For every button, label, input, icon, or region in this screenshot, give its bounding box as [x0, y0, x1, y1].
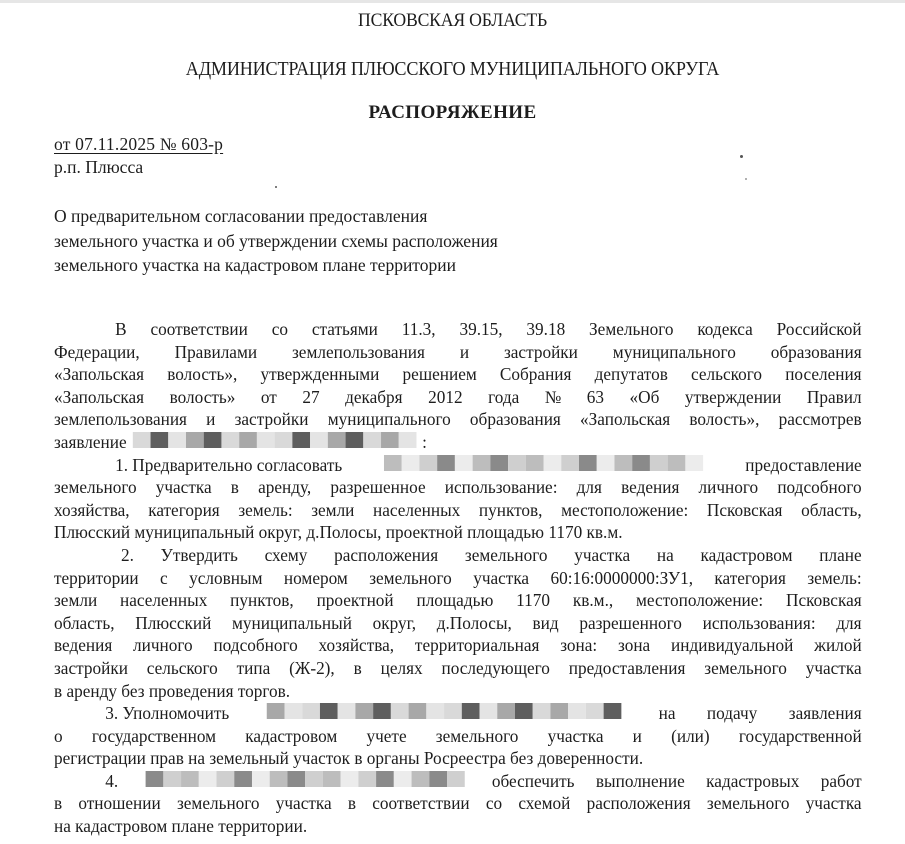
- word: со: [486, 792, 502, 815]
- word: решением: [403, 363, 477, 386]
- word: Российской: [777, 318, 862, 341]
- word: область,: [801, 499, 862, 522]
- redaction-pixel: [603, 703, 621, 719]
- word: участка: [156, 476, 212, 499]
- redaction-pixel: [394, 771, 412, 787]
- redaction-pixel: [411, 771, 429, 787]
- word: отношении: [78, 792, 160, 815]
- word: 2.: [121, 544, 134, 567]
- word: «Запольская: [54, 363, 144, 386]
- redaction-pixel: [562, 455, 580, 471]
- word: предоставления: [569, 657, 686, 680]
- word: рассмотрев: [779, 408, 862, 431]
- word: Псковская: [707, 499, 783, 522]
- word: и: [460, 341, 469, 364]
- preamble-colon: :: [422, 431, 427, 454]
- redaction-pixel: [150, 432, 168, 448]
- word: для: [836, 612, 861, 635]
- redaction-pixel: [497, 703, 515, 719]
- word: статьями: [312, 318, 378, 341]
- word: муниципальный: [232, 612, 352, 635]
- redaction-pixel: [579, 455, 597, 471]
- word: (или): [671, 725, 710, 748]
- redaction-pixel: [163, 771, 181, 787]
- redaction-pixel: [402, 455, 420, 471]
- word: в: [348, 792, 356, 815]
- word: Псковская: [786, 589, 862, 612]
- redaction-pixel: [340, 771, 358, 787]
- word: схему: [265, 544, 308, 567]
- item3-tail-word: подачу: [707, 702, 757, 725]
- redaction-pixel: [203, 432, 221, 448]
- word: участка: [473, 567, 529, 590]
- redaction-pixel: [384, 455, 402, 471]
- word: землепользования: [292, 341, 425, 364]
- redaction-pixel: [338, 703, 356, 719]
- word: местоположение:: [636, 589, 763, 612]
- redaction-pixel: [686, 455, 704, 471]
- word: разрешенное: [330, 476, 425, 499]
- word: «Об: [630, 386, 660, 409]
- scan-speck: [275, 186, 277, 188]
- redaction-pixel: [526, 455, 544, 471]
- word: и: [633, 725, 642, 748]
- item3-last-line: регистрации прав на земельный участок в …: [54, 747, 862, 770]
- redaction-pixel: [568, 703, 586, 719]
- word: проектной: [317, 589, 394, 612]
- word: №: [545, 386, 561, 409]
- redaction-pixel: [252, 771, 270, 787]
- word: учете: [366, 725, 406, 748]
- redaction-pixel: [550, 703, 568, 719]
- word: в: [231, 476, 239, 499]
- word: земельного: [465, 544, 548, 567]
- redaction-pixel: [358, 771, 376, 787]
- item4-lead: 4.: [105, 770, 118, 793]
- word: зона: [618, 634, 650, 657]
- scan-speck: [740, 155, 743, 158]
- word: личного: [699, 476, 759, 499]
- word: хозяйства,: [319, 634, 395, 657]
- word: территории: [54, 567, 139, 590]
- item1-lead: 1. Предварительно согласовать: [115, 454, 342, 477]
- word: кодекса: [697, 318, 753, 341]
- redaction-pixel: [632, 455, 650, 471]
- item1-line: земельногоучасткаваренду,разрешенноеиспо…: [54, 476, 862, 499]
- word: 60:16:0000000:ЗУ1,: [551, 567, 694, 590]
- redaction-pixel: [491, 455, 509, 471]
- item1-line: хозяйства,категорияземель:землинаселенны…: [54, 499, 862, 522]
- word: земель:: [238, 499, 292, 522]
- word: на: [657, 544, 674, 567]
- redaction-pixel: [186, 432, 204, 448]
- redaction-pixel: [287, 771, 305, 787]
- word: хозяйства,: [54, 499, 130, 522]
- item2-last-line: в аренду без проведения торгов.: [54, 680, 862, 703]
- document-type-title: РАСПОРЯЖЕНИЕ: [0, 102, 905, 124]
- word: Земельного: [589, 318, 673, 341]
- word: условным: [189, 567, 262, 590]
- document-subject: О предварительном согласовании предостав…: [54, 204, 498, 278]
- word: номером: [284, 567, 348, 590]
- word: кв.м.,: [573, 589, 613, 612]
- item2-line: землинаселенныхпунктов,проектнойплощадью…: [54, 589, 862, 612]
- preamble-line: землепользованияизастройкимуниципального…: [54, 408, 862, 431]
- word: с: [160, 567, 168, 590]
- word: 39.15,: [459, 318, 502, 341]
- word: разрешенного: [579, 612, 682, 635]
- word: индивидуальной: [671, 634, 793, 657]
- word: и: [206, 408, 215, 431]
- word: декабря: [345, 386, 403, 409]
- document-page: ПСКОВСКАЯ ОБЛАСТЬ АДМИНИСТРАЦИЯ ПЛЮССКОГ…: [0, 0, 905, 844]
- redaction-pixel: [444, 703, 462, 719]
- redaction-pixel: [508, 455, 526, 471]
- word: земли: [311, 499, 354, 522]
- word: в: [354, 657, 362, 680]
- redaction-pixel: [355, 703, 373, 719]
- redaction-pixel: [270, 771, 288, 787]
- redaction-pixel: [376, 771, 394, 787]
- word: застройки: [504, 341, 578, 364]
- word: использование:: [445, 476, 558, 499]
- redaction-pixel: [145, 771, 163, 787]
- word: участка: [806, 657, 862, 680]
- word: зона:: [560, 634, 597, 657]
- redaction-pixel: [473, 455, 491, 471]
- word: пунктов,: [479, 499, 543, 522]
- word: государственном: [92, 725, 216, 748]
- redaction-pixel: [216, 771, 234, 787]
- word: 27: [302, 386, 319, 409]
- word: кадастровом: [700, 544, 792, 567]
- word: ведения: [54, 634, 112, 657]
- word: местоположение:: [561, 499, 688, 522]
- word: муниципального: [328, 408, 451, 431]
- word: соответствии: [372, 792, 469, 815]
- word: земельного: [54, 476, 137, 499]
- word: вид: [533, 612, 559, 635]
- item4-tail-word: кадастровых: [706, 770, 799, 793]
- item4-first-line: 4. обеспечить выполнение кадастровых раб…: [54, 770, 862, 793]
- word: земельного: [177, 792, 260, 815]
- word: расположения: [334, 544, 438, 567]
- item4-tail-word: работ: [821, 770, 862, 793]
- item4-line: вотношенииземельногоучасткавсоответствии…: [54, 792, 862, 815]
- word: застройки: [54, 657, 128, 680]
- word: (Ж-2),: [289, 657, 335, 680]
- word: территориальная: [415, 634, 539, 657]
- item2-line: область,Плюсскиймуниципальныйокруг,д.Пол…: [54, 612, 862, 635]
- item2-first-line: 2.Утвердитьсхемурасположенияземельногоуч…: [54, 544, 862, 567]
- redacted-authorized-person: [267, 702, 622, 720]
- word: года: [488, 386, 519, 409]
- subject-line: О предварительном согласовании предостав…: [54, 204, 498, 229]
- item4-tail-word: выполнение: [596, 770, 685, 793]
- redaction-pixel: [586, 703, 604, 719]
- word: 39.18: [526, 318, 565, 341]
- item3-lead: 3. Уполномочить: [105, 702, 229, 725]
- word: категория: [148, 499, 220, 522]
- word: целях: [381, 657, 423, 680]
- word: земельного: [369, 567, 452, 590]
- redaction-pixel: [234, 771, 252, 787]
- item2-line: территориисусловнымномеромземельногоучас…: [54, 567, 862, 590]
- word: образования: [470, 408, 561, 431]
- word: земельного: [704, 657, 787, 680]
- subject-line: земельного участка на кадастровом плане …: [54, 253, 498, 278]
- redaction-pixel: [363, 432, 381, 448]
- redaction-pixel: [323, 771, 341, 787]
- redaction-pixel: [292, 432, 310, 448]
- word: муниципального: [613, 341, 736, 364]
- redaction-pixel: [462, 703, 480, 719]
- word: площадью: [416, 589, 493, 612]
- word: участка: [806, 792, 862, 815]
- word: со: [272, 318, 288, 341]
- redaction-pixel: [391, 703, 409, 719]
- scan-speck: [745, 178, 747, 180]
- word: аренду,: [258, 476, 311, 499]
- item3-first-line: 3. Уполномочить на подачу заявления: [54, 702, 862, 725]
- word: участка: [548, 725, 604, 748]
- item1-tail: предоставление: [745, 454, 861, 477]
- item4-last-line: на кадастровом плане территории.: [54, 815, 862, 838]
- word: 2012: [428, 386, 462, 409]
- redaction-pixel: [399, 432, 417, 448]
- word: Плюсский: [135, 612, 211, 635]
- redaction-pixel: [328, 432, 346, 448]
- word: личного: [133, 634, 193, 657]
- redaction-pixel: [420, 455, 438, 471]
- word: В: [115, 318, 127, 341]
- redaction-pixel: [373, 703, 391, 719]
- word: плане: [819, 544, 861, 567]
- redaction-pixel: [133, 432, 151, 448]
- word: 63: [587, 386, 604, 409]
- place-of-issue: р.п. Плюсса: [54, 157, 143, 178]
- word: сельского: [147, 657, 218, 680]
- redaction-pixel: [533, 703, 551, 719]
- preamble-statement-word: заявление: [54, 431, 127, 454]
- word: область,: [54, 612, 115, 635]
- item3-tail-word: на: [659, 702, 676, 725]
- item1-first-line: 1. Предварительно согласовать предоставл…: [54, 454, 862, 477]
- word: «Запольская: [54, 386, 144, 409]
- redacted-applicant-name: [133, 431, 417, 449]
- redaction-pixel: [305, 771, 323, 787]
- redaction-pixel: [408, 703, 426, 719]
- word: Правилами: [175, 341, 257, 364]
- word: депутатов: [595, 363, 668, 386]
- redaction-pixel: [544, 455, 562, 471]
- word: использования:: [703, 612, 816, 635]
- word: «Запольская: [580, 408, 670, 431]
- redaction-pixel: [668, 455, 686, 471]
- word: в: [54, 792, 62, 815]
- redaction-pixel: [479, 703, 497, 719]
- redaction-pixel: [274, 432, 292, 448]
- word: образования: [771, 341, 862, 364]
- region-heading: ПСКОВСКАЯ ОБЛАСТЬ: [32, 10, 874, 32]
- redaction-pixel: [199, 771, 217, 787]
- word: государственной: [739, 725, 862, 748]
- word: ведения: [621, 476, 679, 499]
- word: пунктов,: [230, 589, 294, 612]
- item1-last-line: Плюсский муниципальный округ, д.Полосы, …: [54, 521, 862, 544]
- word: округ,: [373, 612, 416, 635]
- word: волость»,: [689, 408, 759, 431]
- word: жилой: [814, 634, 862, 657]
- redaction-pixel: [515, 703, 533, 719]
- date-and-number: от 07.11.2025 № 603-р: [54, 134, 223, 155]
- word: волость»,: [167, 363, 237, 386]
- redaction-pixel: [239, 432, 257, 448]
- preamble-line-applicant: заявление :: [54, 431, 862, 454]
- word: участка: [276, 792, 332, 815]
- word: Правил: [807, 386, 862, 409]
- word: схемой: [518, 792, 570, 815]
- redaction-pixel: [426, 703, 444, 719]
- redaction-pixel: [381, 432, 399, 448]
- word: 1170: [516, 589, 550, 612]
- redaction-pixel: [615, 455, 633, 471]
- item3-line: огосударственномкадастровомучетеземельно…: [54, 725, 862, 748]
- redaction-pixel: [437, 455, 455, 471]
- redaction-pixel: [447, 771, 465, 787]
- preamble-line: Всоответствиисостатьями11.3,39.15,39.18З…: [54, 318, 862, 341]
- word: участка: [574, 544, 630, 567]
- redaction-pixel: [345, 432, 363, 448]
- word: Собрания: [500, 363, 572, 386]
- word: подсобного: [777, 476, 861, 499]
- word: кадастровом: [245, 725, 337, 748]
- word: застройки: [235, 408, 309, 431]
- item4-tail-word: обеспечить: [492, 770, 575, 793]
- word: волость»: [170, 386, 236, 409]
- word: соответствии: [150, 318, 247, 341]
- word: населенных: [373, 499, 460, 522]
- word: категория: [714, 567, 786, 590]
- redacted-responsible-person: [145, 770, 464, 788]
- redaction-pixel: [597, 455, 615, 471]
- word: земельного: [707, 792, 790, 815]
- subject-line: земельного участка и об утверждении схем…: [54, 229, 498, 254]
- redaction-pixel: [650, 455, 668, 471]
- word: земли: [54, 589, 97, 612]
- redaction-pixel: [267, 703, 285, 719]
- word: землепользования: [54, 408, 187, 431]
- redaction-pixel: [429, 771, 447, 787]
- redaction-pixel: [310, 432, 328, 448]
- redaction-pixel: [181, 771, 199, 787]
- word: земель:: [807, 567, 861, 590]
- word: типа: [237, 657, 271, 680]
- word: для: [577, 476, 602, 499]
- word: сельского: [691, 363, 762, 386]
- preamble-line: «Запольскаяволость»от27декабря2012года№6…: [54, 386, 862, 409]
- redaction-pixel: [168, 432, 186, 448]
- word: последующего: [441, 657, 549, 680]
- word: д.Полосы,: [437, 612, 512, 635]
- word: Федерации,: [54, 341, 140, 364]
- word: утвержденными: [260, 363, 379, 386]
- word: поселения: [785, 363, 861, 386]
- item3-tail-word: заявления: [789, 702, 862, 725]
- redaction-pixel: [284, 703, 302, 719]
- document-body: Всоответствиисостатьями11.3,39.15,39.18З…: [54, 318, 874, 838]
- word: населенных: [120, 589, 207, 612]
- item2-line: застройкисельскоготипа(Ж-2),вцеляхпослед…: [54, 657, 862, 680]
- redaction-pixel: [221, 432, 239, 448]
- word: от: [261, 386, 277, 409]
- preamble-line: Федерации,Правиламиземлепользованияизаст…: [54, 341, 862, 364]
- redacted-person-name: [384, 454, 703, 472]
- word: подсобного: [213, 634, 297, 657]
- word: расположения: [587, 792, 691, 815]
- word: утверждении: [685, 386, 781, 409]
- redaction-pixel: [302, 703, 320, 719]
- redaction-pixel: [455, 455, 473, 471]
- word: Утвердить: [161, 544, 238, 567]
- redaction-pixel: [257, 432, 275, 448]
- administration-heading: АДМИНИСТРАЦИЯ ПЛЮССКОГО МУНИЦИПАЛЬНОГО О…: [32, 59, 874, 81]
- preamble-line: «Запольскаяволость»,утвержденнымирешение…: [54, 363, 862, 386]
- word: 11.3,: [402, 318, 436, 341]
- redaction-pixel: [320, 703, 338, 719]
- item2-line: веденияличногоподсобногохозяйства,террит…: [54, 634, 862, 657]
- word: о: [54, 725, 63, 748]
- word: земельного: [436, 725, 519, 748]
